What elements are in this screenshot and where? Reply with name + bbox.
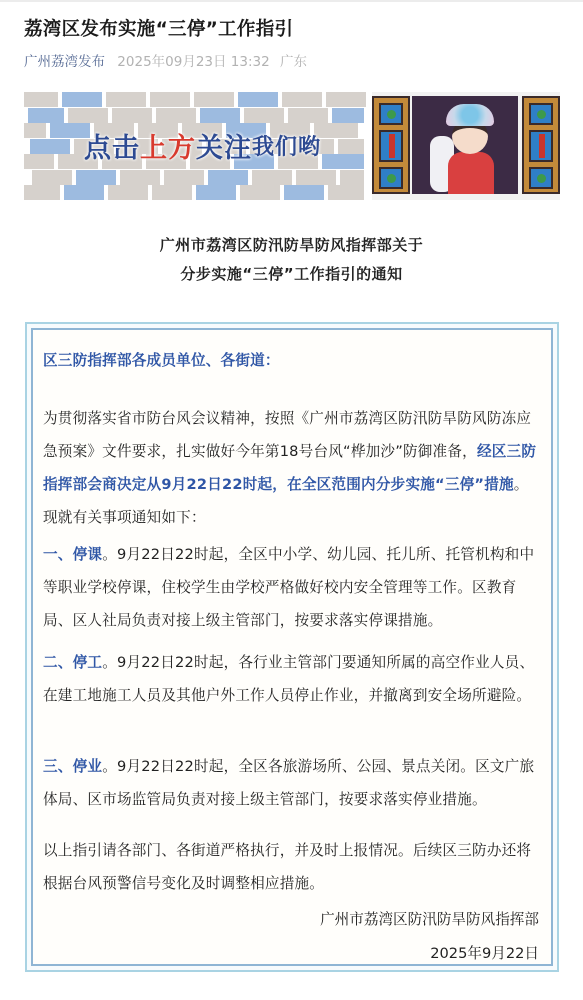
notice-item-suspend-classes: 一、停课。9月22日22时起，全区中小学、幼儿园、托儿所、托管机构和中等职业学校… xyxy=(43,538,539,637)
item-text: 。9月22日22时起，各行业主管部门要通知所属的高空作业人员、在建工地施工人员及… xyxy=(43,654,534,704)
notice-heading-line-1: 广州市荔湾区防汛防旱防风指挥部关于 xyxy=(0,234,583,255)
notice-heading-line-2: 分步实施“三停”工作指引的通知 xyxy=(0,263,583,284)
publish-date: 2025年09月23日 13:32 xyxy=(117,54,269,70)
banner-text-part: 我们哟 xyxy=(252,130,321,161)
item-text: 。9月22日22时起，全区中小学、幼儿园、托儿所、托管机构和中等职业学校停课，住… xyxy=(43,546,534,629)
item-label: 二、停工 xyxy=(43,654,102,671)
window-shutter-left xyxy=(372,96,410,194)
notice-item-suspend-work: 二、停工。9月22日22时起，各行业主管部门要通知所属的高空作业人员、在建工地施… xyxy=(43,646,539,712)
article-meta: 广州荔湾发布 2025年09月23日 13:32 广东 xyxy=(24,50,307,70)
banner-follow-text: 点击 上方 关注 我们哟 xyxy=(84,128,321,162)
article-title: 荔湾区发布实施“三停”工作指引 xyxy=(24,15,293,41)
signature-date: 2025年9月22日 xyxy=(430,942,539,963)
window-shutter-right xyxy=(522,96,560,194)
signature-organization: 广州市荔湾区防汛防旱防风指挥部 xyxy=(320,908,539,929)
notice-closing-paragraph: 以上指引请各部门、各街道严格执行，并及时上报情况。后续区三防办还将根据台风预警信… xyxy=(43,834,539,900)
banner-text-part: 点击 xyxy=(84,126,140,165)
banner-text-highlight: 上方 xyxy=(140,126,196,165)
banner-text-part: 关注 xyxy=(196,126,252,165)
item-label: 三、停业 xyxy=(43,758,102,775)
follow-us-banner[interactable]: 点击 上方 关注 我们哟 xyxy=(24,92,560,200)
notice-intro-paragraph: 为贯彻落实省市防台风会议精神，按照《广州市荔湾区防汛防旱防风防冻应急预案》文件要… xyxy=(43,402,539,534)
publish-location: 广东 xyxy=(280,54,307,70)
intro-text: 为贯彻落实省市防台风会议精神，按照《广州市荔湾区防汛防旱防风防冻应急预案》文件要… xyxy=(43,410,531,460)
author-link[interactable]: 广州荔湾发布 xyxy=(24,54,105,70)
item-label: 一、停课 xyxy=(43,546,102,563)
notice-frame: 区三防指挥部各成员单位、各街道： 为贯彻落实省市防台风会议精神，按照《广州市荔湾… xyxy=(25,322,559,972)
window-interior xyxy=(412,96,518,194)
top-divider xyxy=(0,0,583,2)
item-text: 。9月22日22时起，全区各旅游场所、公园、景点关闭。区文广旅体局、区市场监管局… xyxy=(43,758,534,808)
opera-girl-illustration xyxy=(372,92,560,200)
notice-body: 区三防指挥部各成员单位、各街道： 为贯彻落实省市防台风会议精神，按照《广州市荔湾… xyxy=(31,328,553,966)
notice-item-suspend-business: 三、停业。9月22日22时起，全区各旅游场所、公园、景点关闭。区文广旅体局、区市… xyxy=(43,750,539,816)
notice-salutation: 区三防指挥部各成员单位、各街道： xyxy=(43,344,539,377)
